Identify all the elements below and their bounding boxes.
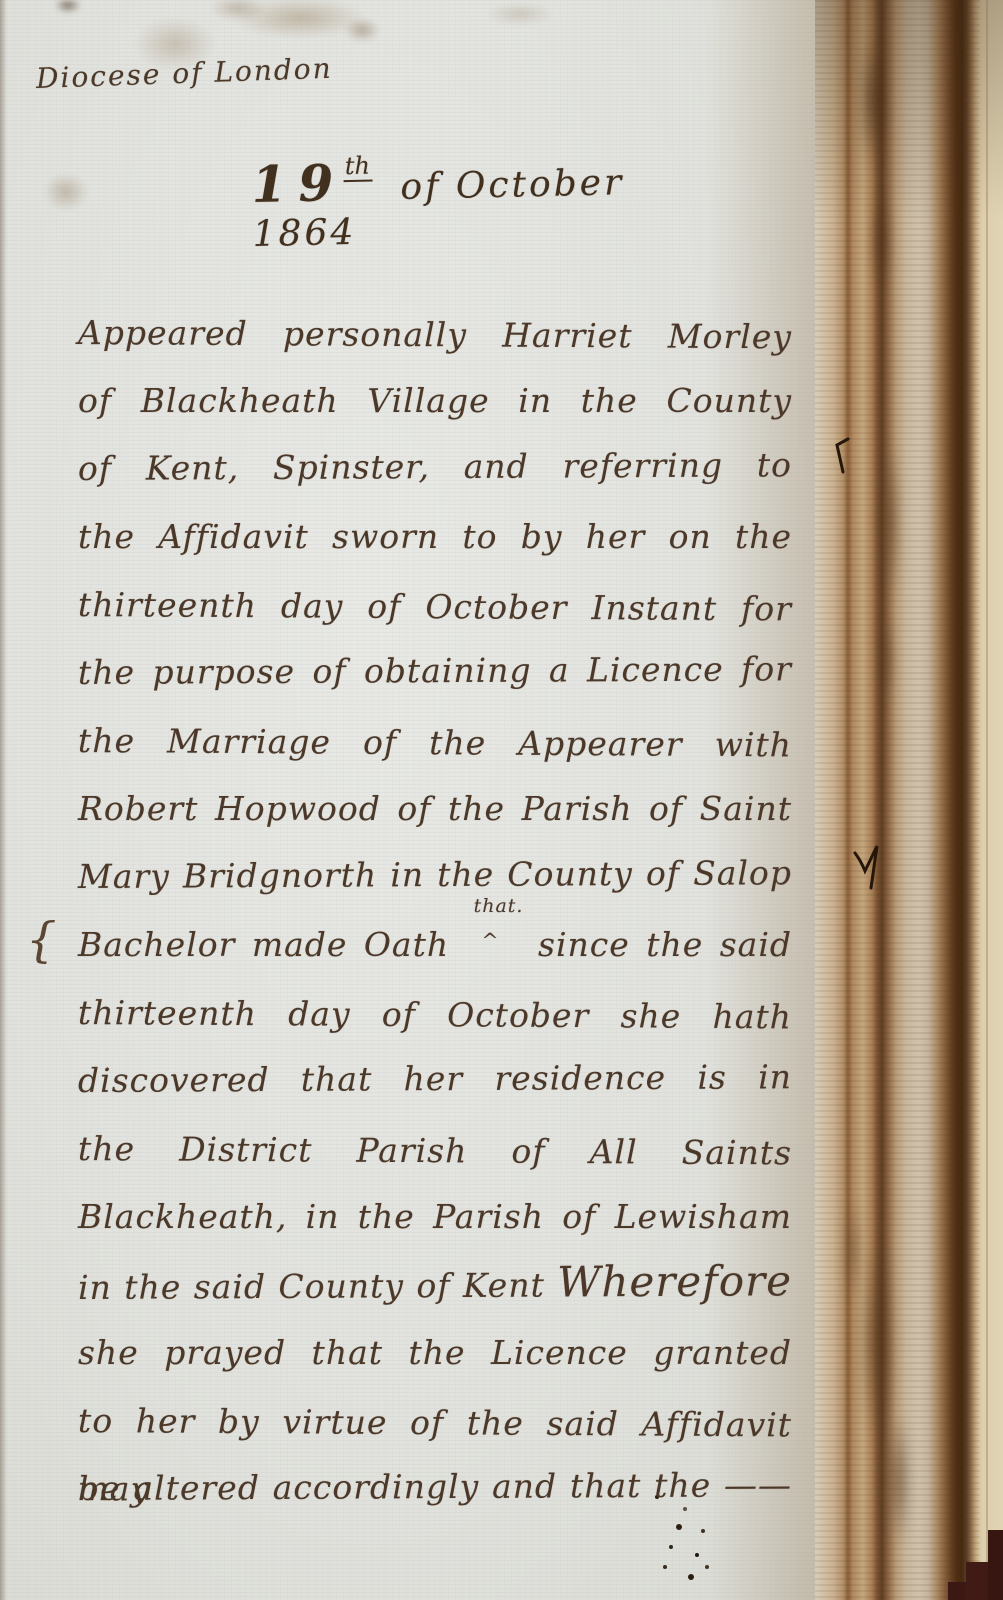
manuscript-line-wherefore: in the said County of Kent Wherefore [78,1247,792,1319]
ink-blot-mark [853,843,881,891]
ink-blot-mark [832,436,854,476]
manuscript-line: she prayed that the Licence granted [78,1319,792,1387]
paper-surface: Diocese of London 19thof October 1864 { … [0,0,822,1600]
interlinear-insertion: that.^ [466,948,522,956]
gutter-stain [833,1160,929,1560]
manuscript-line: discovered that her residence is in [78,1043,792,1115]
manuscript-line: the Affidavit sworn to by her on the [78,503,792,571]
dark-cover-corner [988,1530,1003,1600]
inserted-word: that. [474,896,524,916]
wherefore-before: in the said County of Kent [78,1266,545,1307]
manuscript-line: thirteenth day of October Instant for [78,571,792,643]
wherefore-emphasis: Wherefore [557,1256,792,1306]
manuscript-line: the District Parish of All Saints [78,1115,792,1187]
gutter-stain [867,380,915,720]
manuscript-line: be altered accordingly and that the —— [78,1451,792,1523]
date-heading: 19thof October 1864 [251,145,733,255]
date-ordinal: th [343,152,373,183]
manuscript-line: thirteenth day of October she hath [78,979,792,1051]
manuscript-line: of Kent, Spinster, and referring to [78,431,792,503]
manuscript-line: to her by virtue of the said Affidavit m… [78,1387,792,1459]
manuscript-line: Appeared personally Harriet Morley [78,299,792,371]
oath-after: since the said [538,925,792,964]
manuscript-line: the purpose of obtaining a Licence for [78,635,792,707]
next-page-crease [986,0,988,1600]
manuscript-line: Robert Hopwood of the Parish of Saint [78,775,792,843]
caret-mark: ^ [482,930,500,950]
manuscript-line: the Marriage of the Appearer with [78,707,792,779]
manuscript-body: Appeared personally Harriet Morley of Bl… [78,299,792,1523]
manuscript-line-oath-insertion: Bachelor made Oath that.^ since the said [78,911,792,979]
left-edge-shadow [0,0,7,1600]
manuscript-line: Blackheath, in the Parish of Lewisham [78,1183,792,1251]
book-gutter-page-edges [815,0,1003,1600]
manuscript-line: of Blackheath Village in the County [78,367,792,435]
manuscript-line: Mary Bridgnorth in the County of Salop [78,839,792,911]
scanned-manuscript-page: Diocese of London 19thof October 1864 { … [0,0,1003,1600]
margin-brace: { [26,916,57,964]
gutter-stain [843,10,915,340]
oath-before: Bachelor made Oath [78,925,449,964]
date-day: 19 [251,153,346,214]
